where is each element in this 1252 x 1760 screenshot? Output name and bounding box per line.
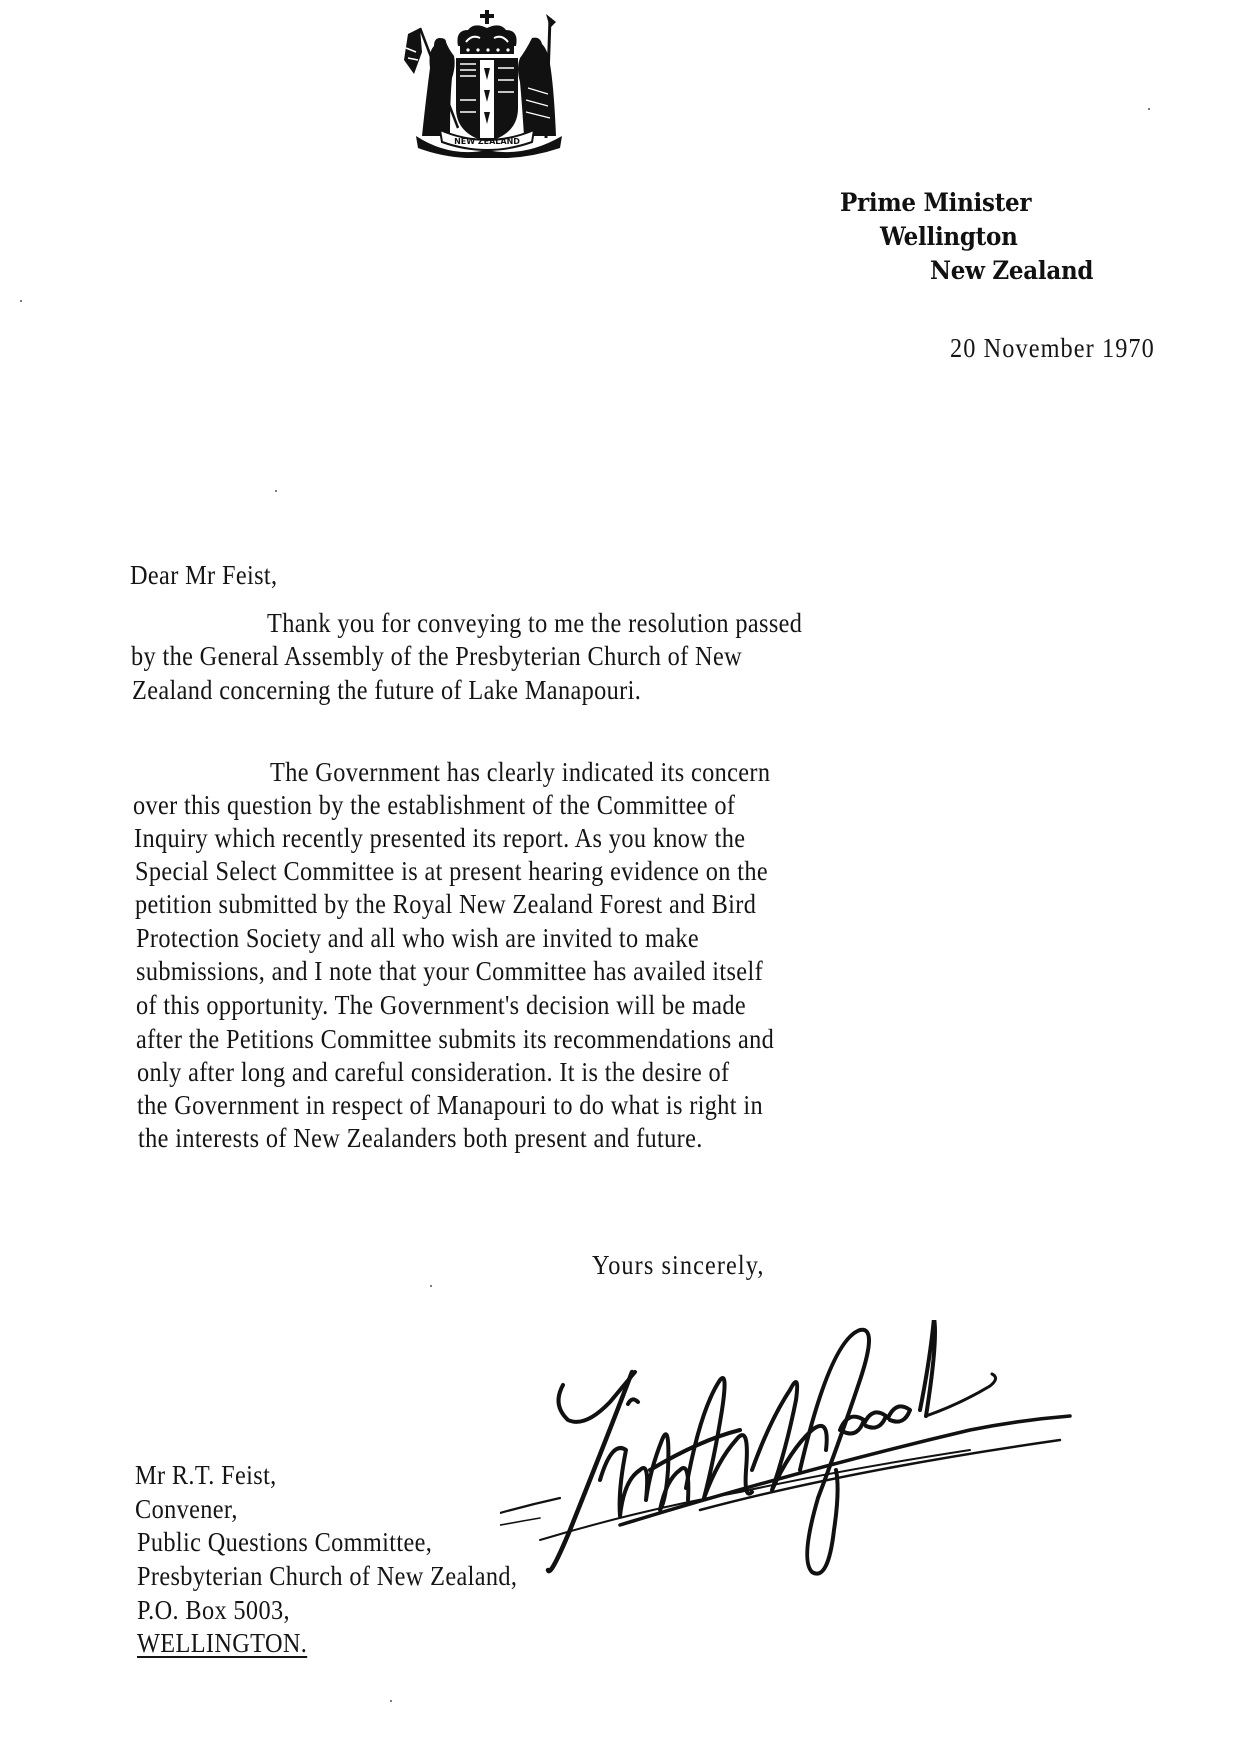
scan-speck bbox=[390, 1700, 392, 1702]
coat-of-arms-icon: NEW ZEALAND bbox=[400, 8, 575, 158]
paragraph-line: the interests of New Zealanders both pre… bbox=[138, 1123, 703, 1154]
address-line: P.O. Box 5003, bbox=[137, 1595, 290, 1626]
paragraph-line: after the Petitions Committee submits it… bbox=[136, 1024, 774, 1055]
paragraph-line: by the General Assembly of the Presbyter… bbox=[131, 641, 742, 672]
paragraph-line: The Government has clearly indicated its… bbox=[270, 757, 770, 788]
paragraph-line: Protection Society and all who wish are … bbox=[136, 923, 699, 954]
paragraph-line: petition submitted by the Royal New Zeal… bbox=[135, 889, 756, 920]
motto-text: NEW ZEALAND bbox=[454, 137, 520, 146]
letterhead-country: New Zealand bbox=[930, 256, 1093, 285]
address-line: Presbyterian Church of New Zealand, bbox=[137, 1561, 517, 1592]
scan-speck bbox=[275, 490, 277, 492]
address-line: Convener, bbox=[135, 1494, 238, 1525]
paragraph-line: Zealand concerning the future of Lake Ma… bbox=[132, 675, 641, 706]
address-line: Mr R.T. Feist, bbox=[135, 1460, 277, 1491]
paragraph-line: Special Select Committee is at present h… bbox=[135, 856, 768, 887]
paragraph-line: Inquiry which recently presented its rep… bbox=[134, 823, 745, 854]
paragraph-line: only after long and careful consideratio… bbox=[137, 1057, 729, 1088]
paragraph-line: the Government in respect of Manapouri t… bbox=[137, 1090, 763, 1121]
letterhead-city: Wellington bbox=[880, 222, 1018, 251]
scan-speck bbox=[430, 1285, 432, 1287]
letter-page: NEW ZEALAND Prime Minister Wellington Ne… bbox=[0, 0, 1252, 1760]
scan-speck bbox=[20, 300, 22, 302]
address-city: WELLINGTON. bbox=[137, 1628, 307, 1659]
scan-speck bbox=[1148, 108, 1150, 110]
paragraph-line: over this question by the establishment … bbox=[133, 790, 735, 821]
paragraph-line: submissions, and I note that your Commit… bbox=[136, 956, 763, 987]
paragraph-line: of this opportunity. The Government's de… bbox=[136, 990, 746, 1021]
letterhead-title: Prime Minister bbox=[840, 188, 1031, 217]
paragraph-line: Thank you for conveying to me the resolu… bbox=[267, 608, 802, 639]
salutation: Dear Mr Feist, bbox=[130, 560, 277, 591]
closing: Yours sincerely, bbox=[592, 1250, 765, 1281]
address-line: Public Questions Committee, bbox=[137, 1527, 432, 1558]
letter-date: 20 November 1970 bbox=[950, 333, 1155, 364]
signature-icon bbox=[500, 1320, 1080, 1580]
